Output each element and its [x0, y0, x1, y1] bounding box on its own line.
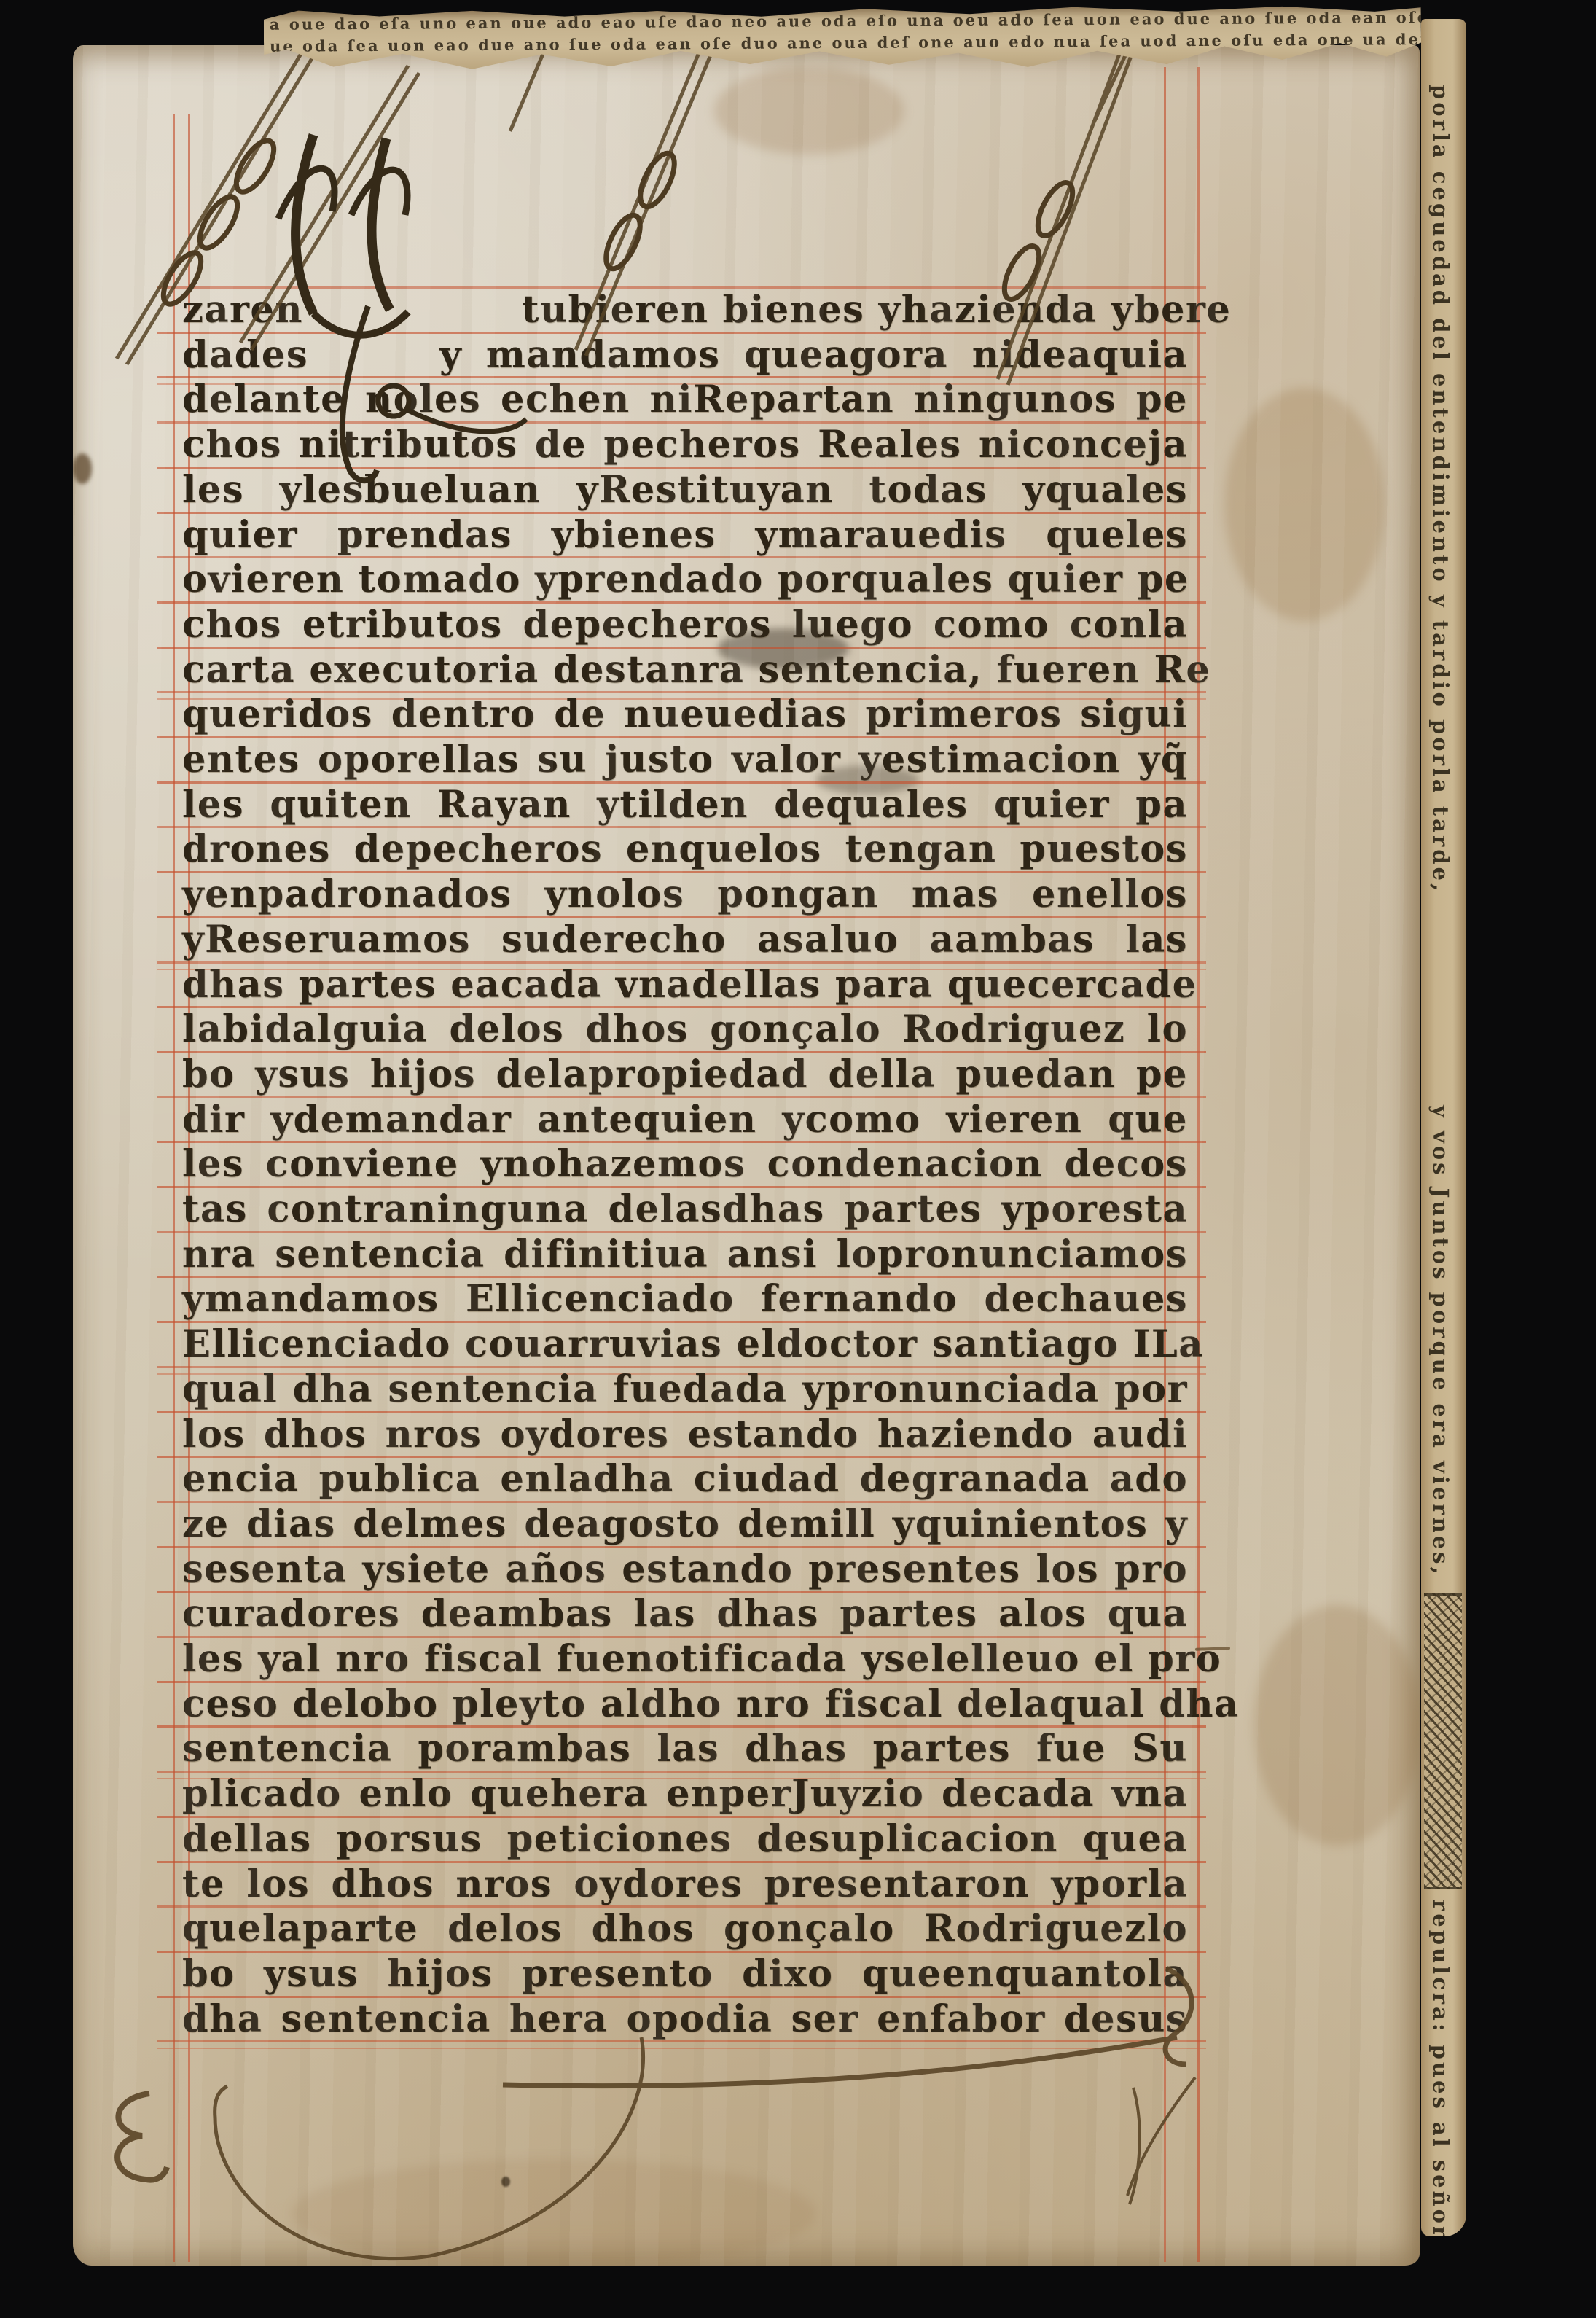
manuscript-text-line: dir ydemandar antequien ycomo vieren que: [182, 1098, 1188, 1144]
margin-rule-right-outer: [1197, 67, 1200, 2262]
manuscript-text-line: tas contraninguna delasdhas partes ypore…: [182, 1188, 1188, 1233]
binding-waste-vertical-text: porla ceguedad del entendimiento y tardi…: [1428, 85, 1453, 894]
manuscript-text-line: Ellicenciado couarruvias eldoctor santia…: [182, 1323, 1188, 1368]
manuscript-text-line: qual dha sentencia fuedada ypronunciada …: [182, 1368, 1188, 1413]
parchment-stain: [1253, 1605, 1420, 1846]
binding-waste-text: ue oda ſea uon eao due ano ſue oda ean o…: [270, 30, 1421, 55]
manuscript-text-line: dha sentencia hera opodia ser enfabor de…: [182, 1998, 1188, 2043]
manuscript-text-line: bo ysus hijos delapropiedad della puedan…: [182, 1053, 1188, 1098]
margin-rule-left-outer: [173, 114, 175, 2262]
woodcut-hatching-ornament: [1424, 1593, 1462, 1889]
line-text: y mandamos queagora nideaquia: [439, 334, 1188, 379]
manuscript-text-line: chos nitributos de pecheros Reales nicon…: [182, 424, 1188, 469]
manuscript-text-line: labidalguia delos dhos gonçalo Rodriguez…: [182, 1008, 1188, 1053]
cadel-knots: [156, 135, 1079, 310]
binding-waste-text: a oue dao eſa uno ean oue ado eao uſe da…: [270, 8, 1421, 34]
manuscript-text-line: curadores deambas las dhas partes alos q…: [182, 1593, 1188, 1638]
manuscript-page: zaren tubieren bienes yhazienda ybere da…: [73, 45, 1420, 2266]
manuscript-text-line: drones depecheros enquelos tengan puesto…: [182, 828, 1188, 873]
ruling-line: [157, 332, 1206, 334]
manuscript-text-line: les conviene ynohazemos condenacion deco…: [182, 1143, 1188, 1188]
flourish-gap: [303, 289, 522, 334]
manuscript-text-line: yenpadronados ynolos pongan mas enellos: [182, 873, 1188, 918]
manuscript-text-line: les ylesbueluan yRestituyan todas yquale…: [182, 469, 1188, 514]
parchment-stain: [292, 2159, 816, 2266]
manuscript-text-line: ceso delobo pleyto aldho nro fiscal dela…: [182, 1683, 1188, 1728]
ink-speck: [501, 2177, 510, 2187]
manuscript-text-line: sentencia porambas las dhas partes fue S…: [182, 1728, 1188, 1773]
manuscript-text-line: yReseruamos suderecho asaluo aambas las: [182, 918, 1188, 964]
manuscript-text-line: entes oporellas su justo valor yestimaci…: [182, 738, 1188, 784]
manuscript-text-line: ze dias delmes deagosto demill yquinient…: [182, 1503, 1188, 1548]
parchment-stain: [73, 453, 92, 484]
line-start-word: zaren: [182, 289, 303, 334]
manuscript-text-line: chos etributos depecheros luego como con…: [182, 604, 1188, 649]
manuscript-text-line: dades y mandamos queagora nideaquia: [182, 334, 1188, 379]
manuscript-text-line: quelaparte delos dhos gonçalo Rodriguezl…: [182, 1908, 1188, 1953]
manuscript-text-line: quier prendas ybienes ymarauedis queles: [182, 514, 1188, 559]
ruling-line-companion: [157, 2048, 1206, 2049]
ruling-line: [157, 286, 1206, 289]
flourish-gap: [308, 334, 439, 379]
parchment-stain: [1224, 388, 1385, 621]
manuscript-text-line: sesenta ysiete años estando presentes lo…: [182, 1548, 1188, 1593]
manuscript-text-line: delante noles echen niRepartan ningunos …: [182, 378, 1188, 424]
manuscript-text-line: plicado enlo quehera enperJuyzio decada …: [182, 1773, 1188, 1818]
manuscript-text-line: encia publica enladha ciudad degranada a…: [182, 1458, 1188, 1503]
manuscript-text-line: dellas porsus peticiones desuplicacion q…: [182, 1818, 1188, 1863]
line-text: tubieren bienes yhazienda ybere: [522, 289, 1231, 334]
manuscript-photograph: zaren tubieren bienes yhazienda ybere da…: [0, 0, 1596, 2318]
manuscript-text-line: zaren tubieren bienes yhazienda ybere: [182, 289, 1188, 334]
manuscript-text-line: ovieren tomado yprendado porquales quier…: [182, 558, 1188, 604]
line-start-word: dades: [182, 334, 308, 379]
binding-waste-side-strip: porla ceguedad del entendimiento y tardi…: [1421, 19, 1466, 2236]
manuscript-text-line: les quiten Rayan ytilden dequales quier …: [182, 784, 1188, 829]
manuscript-text-line: ymandamos Ellicenciado fernando dechaues: [182, 1278, 1188, 1323]
manuscript-text-line: te los dhos nros oydores presentaron ypo…: [182, 1863, 1188, 1908]
manuscript-text-line: les yal nro fiscal fuenotificada yselell…: [182, 1638, 1188, 1683]
manuscript-text-line: dhas partes eacada vnadellas para quecer…: [182, 964, 1188, 1009]
manuscript-text-line: los dhos nros oydores estando haziendo a…: [182, 1413, 1188, 1459]
manuscript-text-line: nra sentencia difinitiua ansi lopronunci…: [182, 1233, 1188, 1279]
binding-waste-vertical-text: repulcra: pues al señor qui: [1428, 1900, 1453, 2236]
manuscript-text-line: bo ysus hijos presento dixo queenquantol…: [182, 1953, 1188, 1998]
manuscript-text-line: carta executoria destanra sentencia, fue…: [182, 649, 1188, 694]
binding-waste-vertical-text: y vos Juntos porque era viernes,: [1428, 1105, 1453, 1577]
manuscript-text-line: queridos dentro de nueuedias primeros si…: [182, 693, 1188, 738]
parchment-stain: [714, 67, 904, 155]
